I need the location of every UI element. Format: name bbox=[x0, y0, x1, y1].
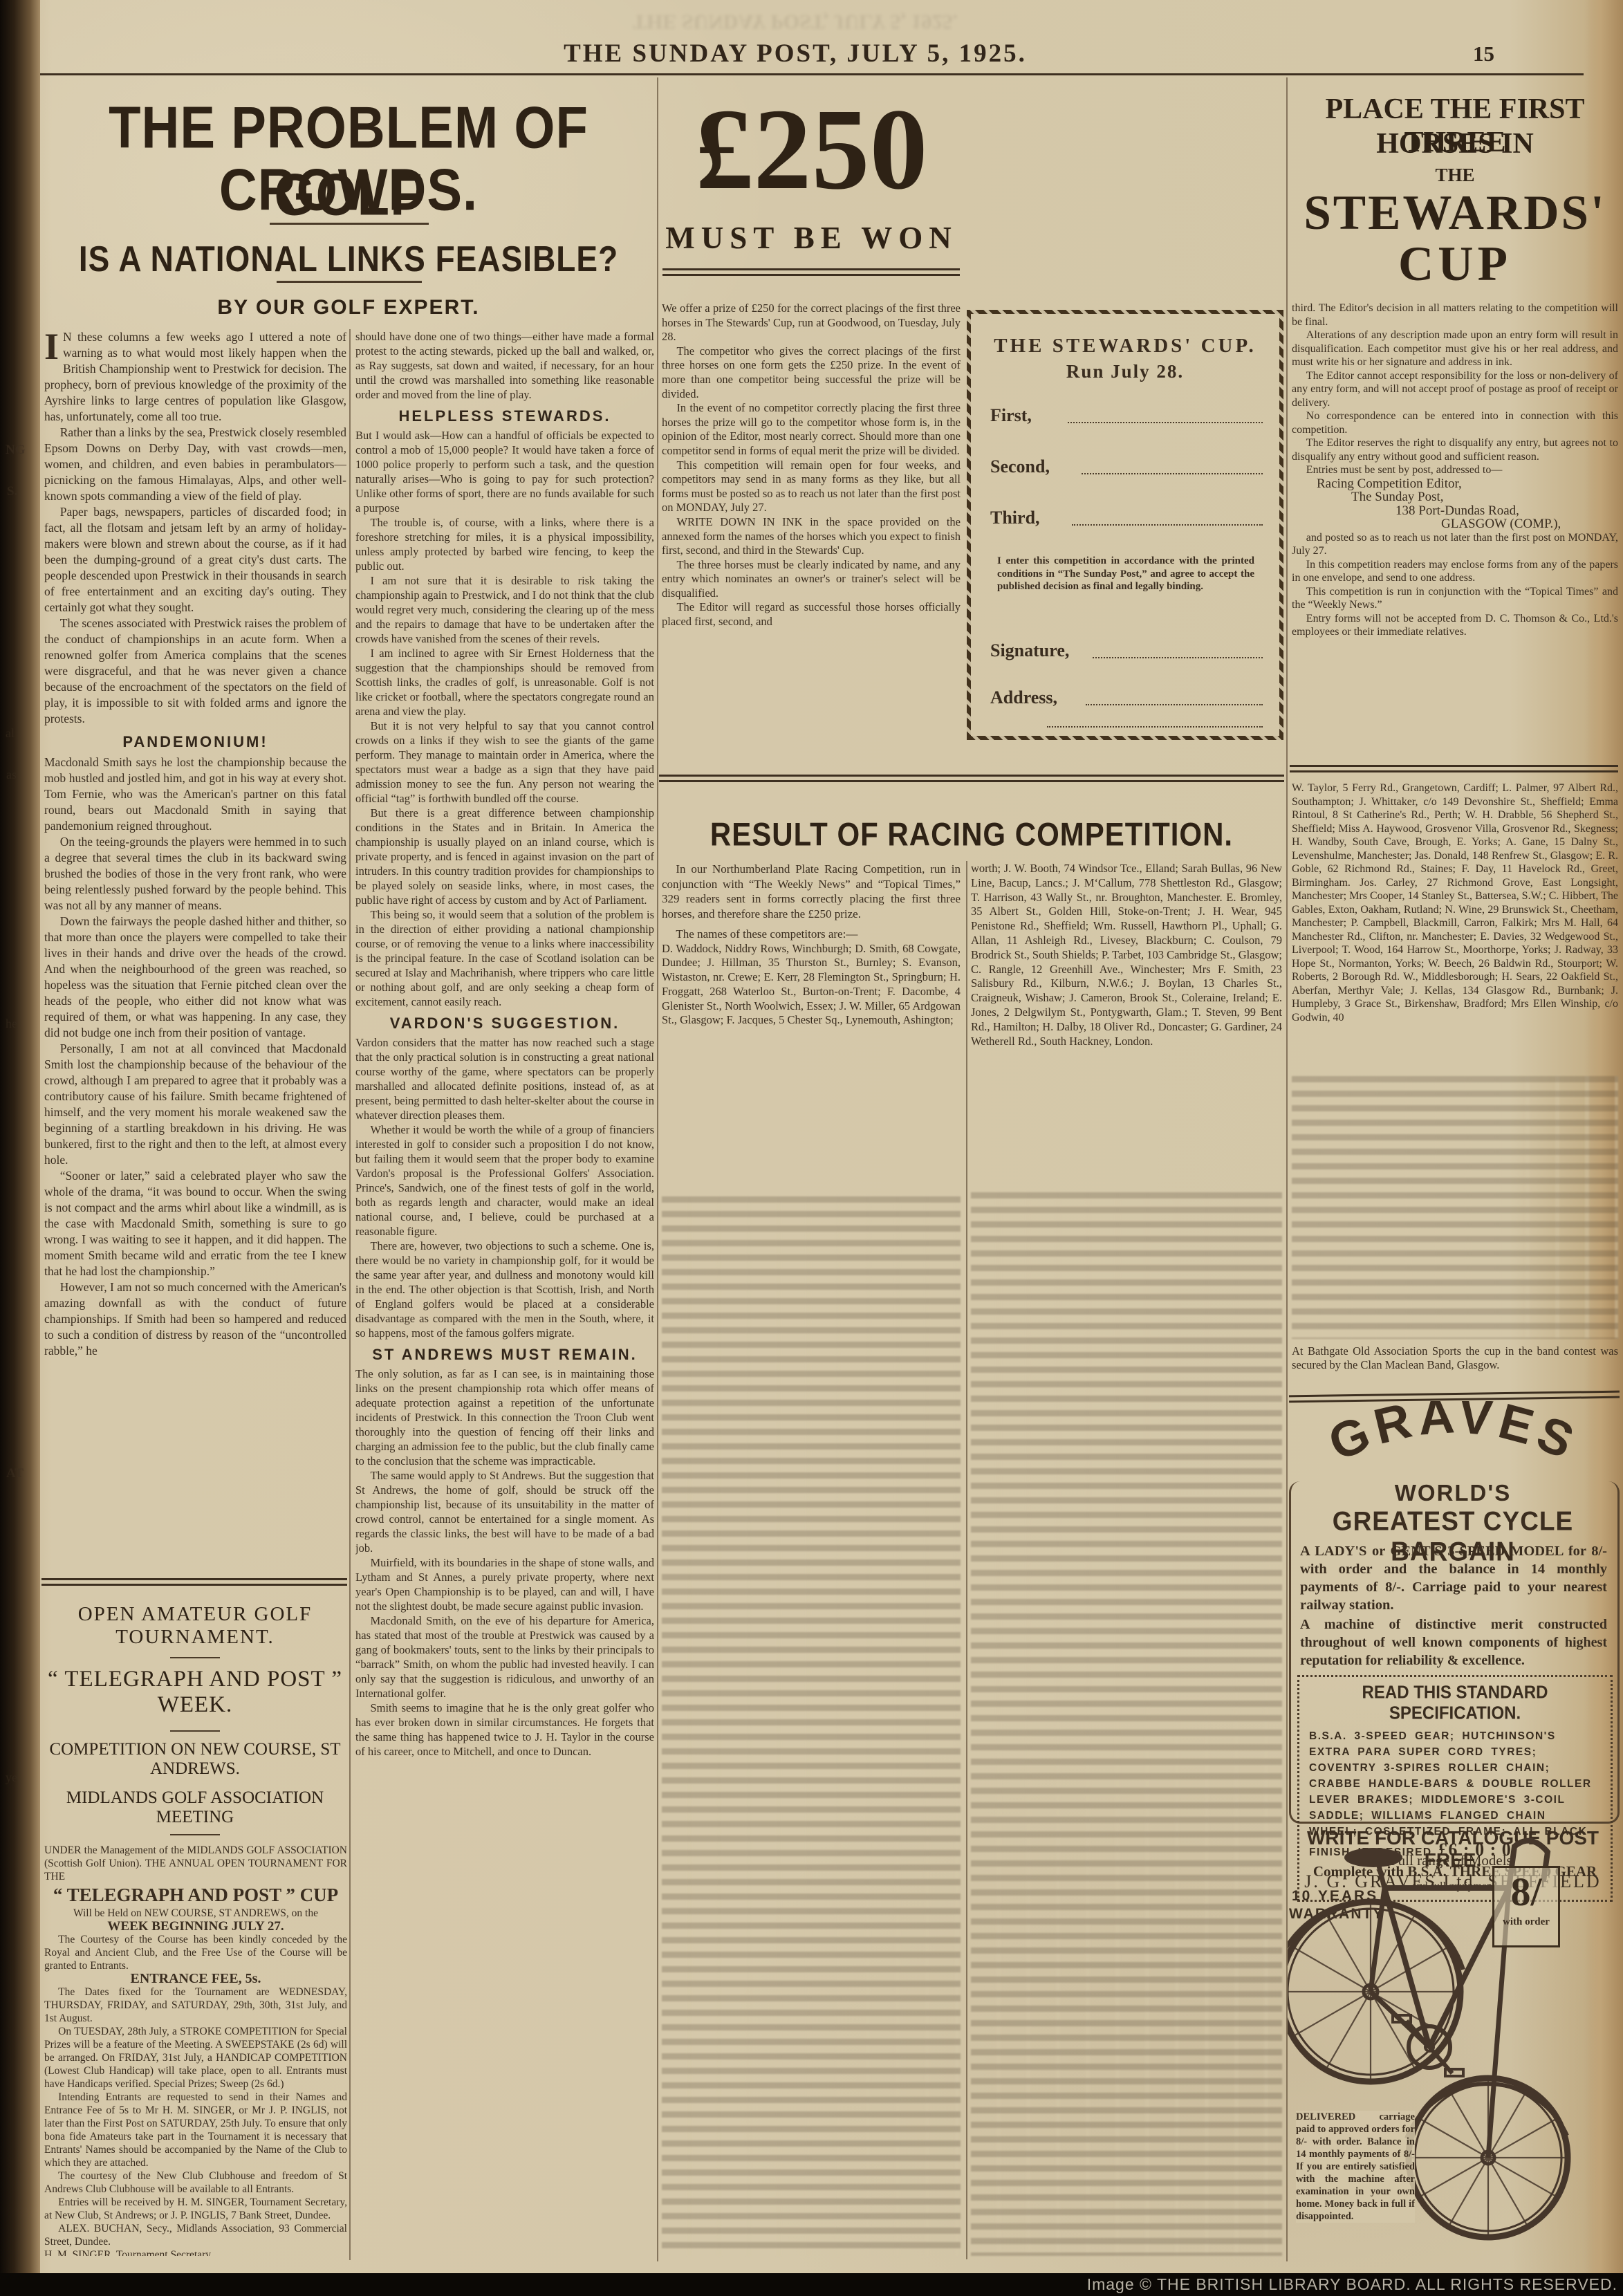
place-headline-cup: CUP bbox=[1290, 237, 1620, 293]
place-headline-line2: HORSES IN bbox=[1290, 127, 1620, 160]
paragraph: “Sooner or later,” said a celebrated pla… bbox=[44, 1168, 346, 1279]
prize-amount: £250 bbox=[660, 94, 963, 205]
section-rule bbox=[659, 775, 1284, 782]
paragraph: But there is a great difference between … bbox=[355, 806, 654, 907]
coupon-declaration: I enter this competition in accordance w… bbox=[997, 555, 1254, 593]
price-badge-terms: with order bbox=[1494, 1916, 1558, 1928]
tournament-title-2: “ TELEGRAPH AND POST ” WEEK. bbox=[43, 1667, 347, 1718]
copyright-bar: Image © THE BRITISH LIBRARY BOARD. ALL R… bbox=[0, 2273, 1623, 2296]
paragraph: Macdonald Smith says he lost the champio… bbox=[44, 754, 346, 834]
advert-offer: A LADY'S or GENT'S 3-SPEED MODEL for 8/-… bbox=[1300, 1542, 1607, 1614]
paragraph: The competitor who gives the correct pla… bbox=[662, 344, 961, 401]
subhead-helpless-stewards: HELPLESS STEWARDS. bbox=[355, 409, 654, 423]
divider bbox=[170, 1657, 220, 1658]
svg-text:GRAVES: GRAVES bbox=[1321, 1401, 1586, 1472]
paragraph: The trouble is, of course, with a links,… bbox=[355, 515, 654, 573]
tournament-body: UNDER the Management of the MIDLANDS GOL… bbox=[44, 1844, 347, 2256]
paragraph: The Editor cannot accept responsibility … bbox=[1292, 369, 1618, 410]
spine-fragment: NG bbox=[6, 443, 26, 458]
paragraph: WRITE DOWN IN INK in the space provided … bbox=[662, 515, 961, 558]
paragraph: Entries must be sent by post, addressed … bbox=[1292, 463, 1618, 477]
masthead-rule bbox=[40, 73, 1584, 75]
coupon-title: THE STEWARDS' CUP. bbox=[971, 335, 1279, 358]
paragraph: There are, however, two objections to su… bbox=[355, 1239, 654, 1340]
advert-merit: A machine of distinctive merit construct… bbox=[1300, 1615, 1607, 1669]
paragraph: The only solution, as far as I can see, … bbox=[355, 1367, 654, 1468]
coupon-address-label: Address, bbox=[990, 687, 1057, 708]
paragraph: In this competition readers may enclose … bbox=[1292, 558, 1618, 585]
section-rule bbox=[1290, 765, 1618, 772]
paragraph: I am not sure that it is desirable to ri… bbox=[355, 573, 654, 646]
paragraph: Entry forms will not be accepted from D.… bbox=[1292, 612, 1618, 639]
coupon-signature-label: Signature, bbox=[990, 640, 1069, 661]
paragraph: But it is not very helpful to say that y… bbox=[355, 719, 654, 806]
divider bbox=[170, 1834, 220, 1835]
golf-headline-line2: CROWDS. bbox=[40, 156, 657, 223]
page-number: 15 bbox=[1473, 41, 1494, 66]
conditions-column: third. The Editor's decision in all matt… bbox=[1292, 302, 1618, 750]
section-rule bbox=[41, 1578, 347, 1586]
tournament-cup-line: “ TELEGRAPH AND POST ” CUP bbox=[44, 1883, 347, 1907]
paragraph: The Editor reserves the right to disqual… bbox=[1292, 436, 1618, 463]
paragraph: I am inclined to agree with Sir Ernest H… bbox=[355, 646, 654, 719]
advert-warranty-line1: 10 YEARS bbox=[1292, 1888, 1382, 1905]
advert-warranty-line2: WARRANTY bbox=[1289, 1906, 1386, 1923]
bathgate-note: At Bathgate Old Association Sports the c… bbox=[1292, 1344, 1618, 1372]
price-badge-amount: 8/ bbox=[1494, 1868, 1558, 1916]
coupon-third-label: Third, bbox=[990, 508, 1040, 528]
price-badge: 8/ with order bbox=[1492, 1866, 1560, 1947]
coupon-address-field-2 bbox=[1047, 726, 1263, 728]
book-spine bbox=[0, 0, 40, 2296]
tournament-title-3: COMPETITION ON NEW COURSE, ST ANDREWS. bbox=[43, 1740, 347, 1779]
spine-fragment: al bbox=[6, 726, 15, 741]
address-line: The Sunday Post, bbox=[1292, 490, 1618, 504]
column-rule bbox=[966, 861, 967, 2259]
graves-brand-text: GRAVES bbox=[1321, 1401, 1586, 1472]
address-line: Racing Competition Editor, bbox=[1292, 477, 1618, 491]
golf-column-2: should have done one of two things—eithe… bbox=[355, 329, 654, 2260]
masthead: THE SUNDAY POST, JULY 5, 1925. bbox=[207, 39, 1383, 68]
address-line: 138 Port-Dundas Road, bbox=[1292, 504, 1618, 518]
advert-delivered: DELIVERED carriage paid to approved orde… bbox=[1296, 2111, 1415, 2223]
coupon-first-label: First, bbox=[990, 405, 1032, 426]
paragraph: Down the fairways the people dashed hith… bbox=[44, 914, 346, 1041]
result-column-a: In our Northumberland Plate Racing Compe… bbox=[662, 862, 961, 1194]
graves-logo-arc: GRAVES bbox=[1293, 1401, 1614, 1491]
subhead-pandemonium: PANDEMONIUM! bbox=[44, 734, 346, 750]
headline-divider bbox=[277, 281, 422, 283]
golf-column-1: IN these columns a few weeks ago I utter… bbox=[44, 329, 346, 1575]
paragraph: ALEX. BUCHAN, Secy., Midlands Associatio… bbox=[44, 2222, 347, 2248]
paragraph: We offer a prize of £250 for the correct… bbox=[662, 302, 961, 344]
result-intro: In our Northumberland Plate Racing Compe… bbox=[662, 862, 961, 921]
masthead-ghost: THE SUNDAY POST, JULY 5, 1925. bbox=[346, 10, 1245, 33]
paragraph: However, I am not so much concerned with… bbox=[44, 1279, 346, 1359]
prize-must-be-won: MUST BE WON bbox=[660, 220, 963, 256]
spec-heading: READ THIS STANDARD SPECIFICATION. bbox=[1309, 1683, 1601, 1724]
paragraph: Smith seems to imagine that he is the on… bbox=[355, 1701, 654, 1759]
paragraph: The three horses must be clearly indicat… bbox=[662, 558, 961, 601]
paragraph: The Courtesy of the Course has been kind… bbox=[44, 1933, 347, 1972]
tournament-title: OPEN AMATEUR GOLF TOURNAMENT. bbox=[43, 1603, 347, 1649]
coupon-signature-field bbox=[1093, 657, 1263, 658]
coupon-first-field bbox=[1068, 422, 1263, 423]
paragraph: third. The Editor's decision in all matt… bbox=[1292, 302, 1618, 328]
spine-fragment: AT bbox=[6, 1466, 24, 1481]
paragraph: The courtesy of the New Club Clubhouse a… bbox=[44, 2169, 347, 2196]
advert-worlds: WORLD'S bbox=[1288, 1480, 1618, 1506]
unreadable-text-block bbox=[662, 1196, 961, 2256]
paragraph: Personally, I am not at all convinced th… bbox=[44, 1041, 346, 1168]
coupon-third-field bbox=[1072, 524, 1263, 526]
spine-fragment: he bbox=[6, 1017, 17, 1031]
paragraph: ENTRANCE FEE, 5s. bbox=[44, 1972, 347, 1985]
paragraph: IN these columns a few weeks ago I utter… bbox=[44, 329, 346, 425]
paragraph: The Editor will regard as successful tho… bbox=[662, 600, 961, 629]
paragraph: Will be Held on NEW COURSE, ST ANDREWS, … bbox=[44, 1907, 347, 1920]
paragraph: Entries will be received by H. M. SINGER… bbox=[44, 2196, 347, 2222]
paragraph: Paper bags, newspapers, particles of dis… bbox=[44, 504, 346, 615]
paragraph: should have done one of two things—eithe… bbox=[355, 329, 654, 402]
paragraph: The scenes associated with Prestwick rai… bbox=[44, 615, 346, 727]
paragraph: On the teeing-grounds the players were h… bbox=[44, 834, 346, 914]
copyright-text: Image © THE BRITISH LIBRARY BOARD. ALL R… bbox=[1087, 2275, 1617, 2294]
result-names-lead: The names of these competitors are:— bbox=[662, 927, 961, 942]
entry-coupon: THE STEWARDS' CUP. Run July 28. First, S… bbox=[967, 310, 1283, 740]
paragraph: UNDER the Management of the MIDLANDS GOL… bbox=[44, 1844, 347, 1883]
column-rule bbox=[657, 77, 658, 2261]
spine-fragment: as bbox=[6, 768, 17, 782]
paragraph: Alterations of any description made upon… bbox=[1292, 328, 1618, 369]
prize-rule bbox=[662, 268, 960, 276]
result-column-b: worth; J. W. Booth, 74 Windsor Tce., Ell… bbox=[971, 862, 1282, 1187]
paragraph: In the event of no competitor correctly … bbox=[662, 401, 961, 458]
paragraph: Intending Entrants are requested to send… bbox=[44, 2091, 347, 2169]
paragraph: But I would ask—How can a handful of off… bbox=[355, 428, 654, 515]
column-rule bbox=[349, 329, 351, 2260]
paragraph: and posted so as to reach us not later t… bbox=[1292, 531, 1618, 558]
coupon-subtitle: Run July 28. bbox=[971, 361, 1279, 382]
paragraph: H. M. SINGER, Tournament Secretary. bbox=[44, 2248, 347, 2256]
paragraph: Muirfield, with its boundaries in the sh… bbox=[355, 1555, 654, 1613]
result-heading: RESULT OF RACING COMPETITION. bbox=[660, 816, 1283, 853]
paragraph: This being so, it would seem that a solu… bbox=[355, 907, 654, 1009]
prize-article: We offer a prize of £250 for the correct… bbox=[662, 302, 961, 751]
paragraph: Whether it would be worth the while of a… bbox=[355, 1122, 654, 1239]
paragraph: WEEK BEGINNING JULY 27. bbox=[44, 1920, 347, 1933]
divider bbox=[170, 1730, 220, 1732]
paragraph: Vardon considers that the matter has now… bbox=[355, 1035, 654, 1122]
coupon-second-field bbox=[1082, 473, 1263, 474]
place-headline-stewards: STEWARDS' bbox=[1290, 185, 1620, 241]
spine-fragment: ye bbox=[6, 1770, 17, 1785]
paragraph: This competition will remain open for fo… bbox=[662, 459, 961, 515]
golf-byline: BY OUR GOLF EXPERT. bbox=[40, 296, 657, 320]
coupon-second-label: Second, bbox=[990, 456, 1050, 477]
paragraph: Rather than a links by the sea, Prestwic… bbox=[44, 425, 346, 504]
newspaper-page: NG S. al as he AT ye THE SUNDAY POST, JU… bbox=[0, 0, 1623, 2296]
tournament-title-4: MIDLANDS GOLF ASSOCIATION MEETING bbox=[43, 1788, 347, 1827]
headline-divider bbox=[270, 223, 429, 225]
paragraph: No correspondence can be entered into in… bbox=[1292, 409, 1618, 436]
advert-range: Full range of Models. bbox=[1288, 1852, 1618, 1869]
golf-subheadline: IS A NATIONAL LINKS FEASIBLE? bbox=[40, 238, 657, 279]
coupon-address-field bbox=[1086, 704, 1263, 705]
paragraph: This competition is run in conjunction w… bbox=[1292, 585, 1618, 612]
paragraph: The Dates fixed for the Tournament are W… bbox=[44, 1985, 347, 2025]
unreadable-text-block bbox=[1292, 1076, 1618, 1339]
address-line: GLASGOW (COMP.), bbox=[1292, 517, 1618, 531]
graves-advert: GRAVES WORLD'S GREATEST CYCLE BARGAIN A … bbox=[1288, 1404, 1621, 2272]
result-names-list: D. Waddock, Niddry Rows, Winchburgh; D. … bbox=[662, 942, 961, 1028]
paragraph: On TUESDAY, 28th July, a STROKE COMPETIT… bbox=[44, 2025, 347, 2091]
spine-fragment: S. bbox=[7, 484, 17, 499]
result-column-c: W. Taylor, 5 Ferry Rd., Grangetown, Card… bbox=[1292, 781, 1618, 1072]
unreadable-text-block bbox=[971, 1192, 1282, 2256]
paragraph: The same would apply to St Andrews. But … bbox=[355, 1468, 654, 1555]
paragraph: Macdonald Smith, on the eve of his depar… bbox=[355, 1613, 654, 1701]
subhead-st-andrews: ST ANDREWS MUST REMAIN. bbox=[355, 1347, 654, 1362]
place-headline-the: THE bbox=[1290, 165, 1620, 186]
subhead-vardons-suggestion: VARDON'S SUGGESTION. bbox=[355, 1016, 654, 1030]
